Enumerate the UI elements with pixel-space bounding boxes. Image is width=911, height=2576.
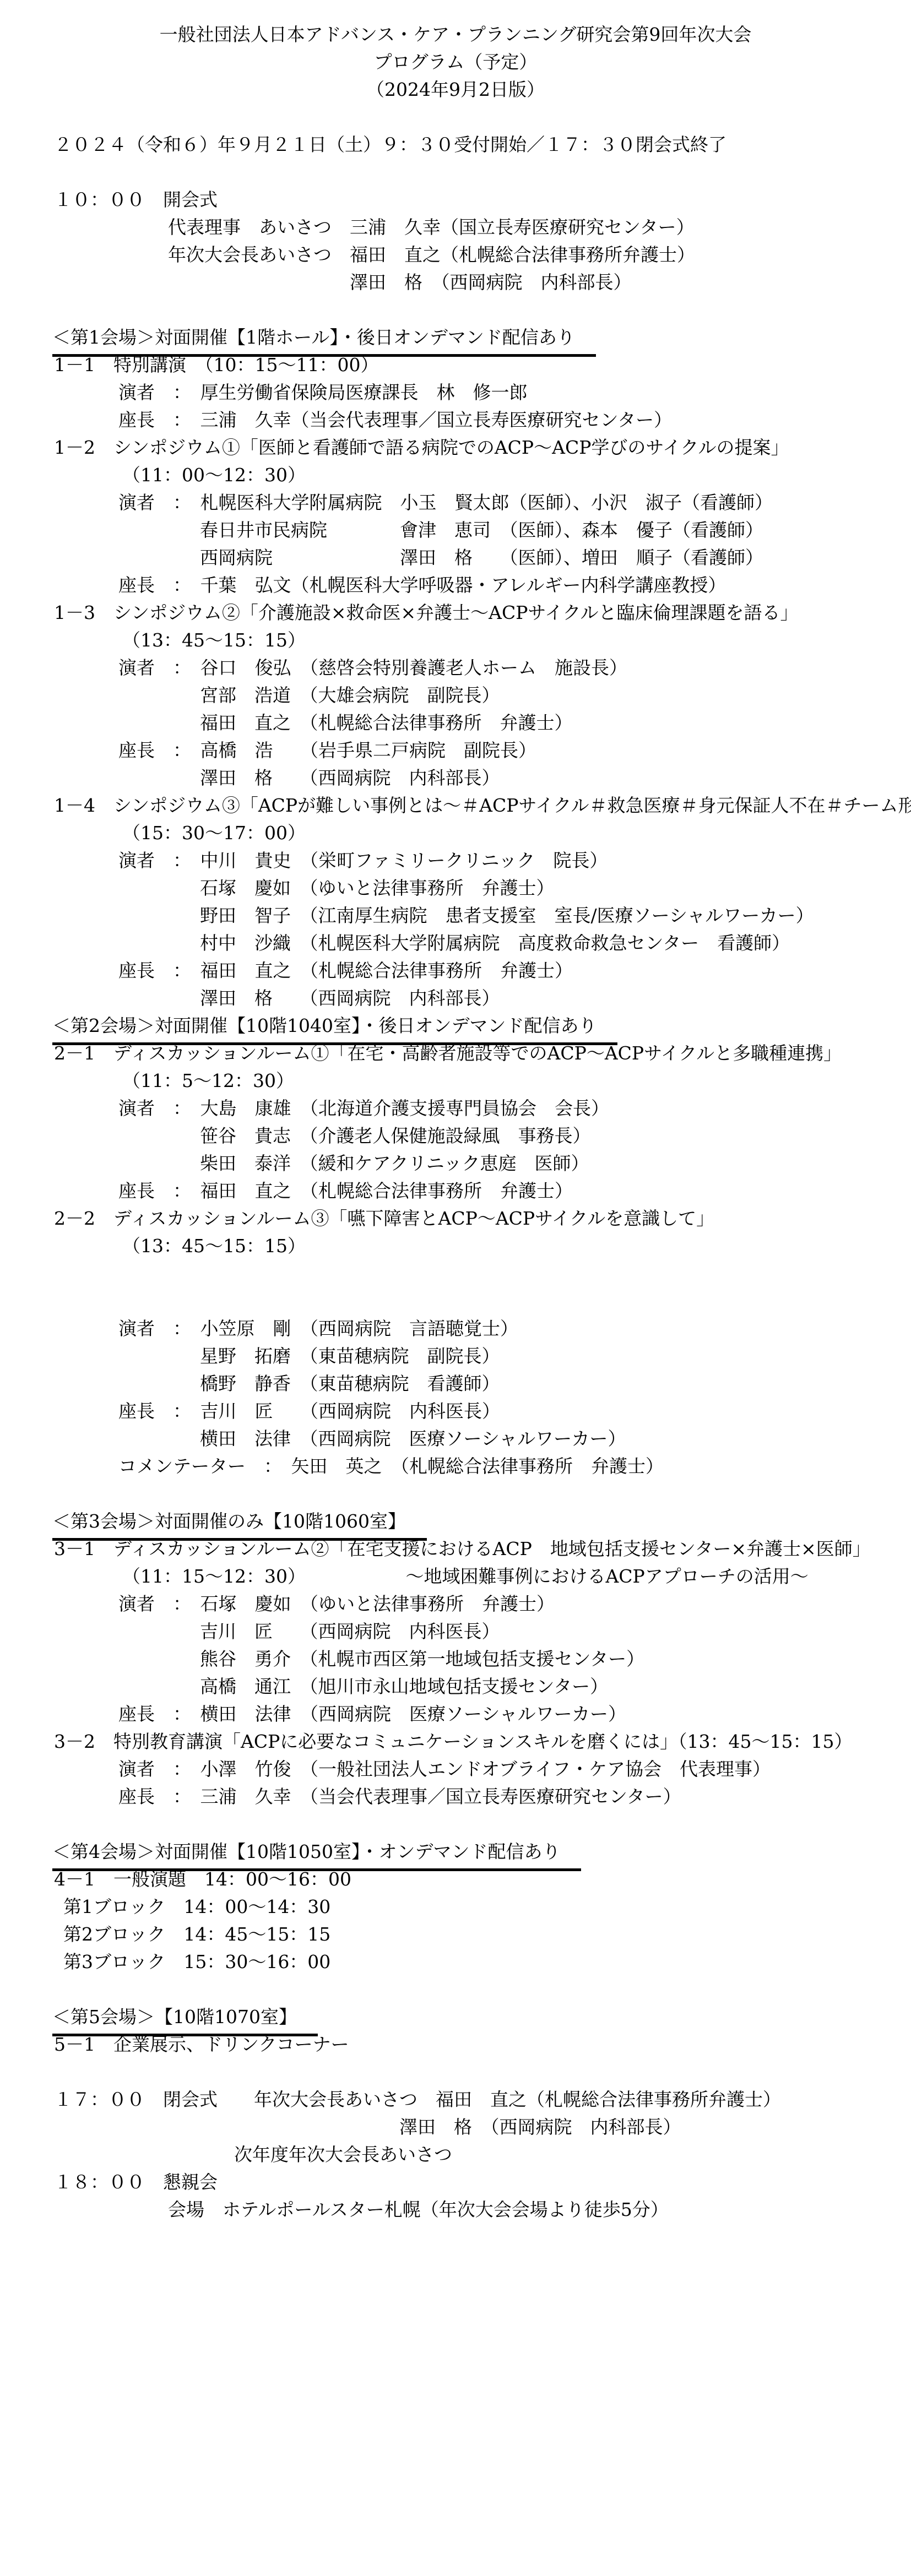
session-4-1-block-3: 第3ブロック 15：30～16：00 [63,1948,911,1976]
session-1-3-chair-row-2: 澤田 格 （西岡病院 内科部長） [200,764,911,792]
session-2-1-title: 2－1 ディスカッションルーム①「在宅・高齢者施設等でのACP～ACPサイクルと… [54,1040,911,1067]
session-2-1-speaker-row-3: 柴田 泰洋 （緩和ケアクリニック恵庭 医師） [200,1150,911,1177]
session-1-4-speaker-row-3: 野田 智子 （江南厚生病院 患者支援室 室長/医療ソーシャルワーカー） [200,902,911,930]
session-1-2-speaker-row-3: 西岡病院 澤田 格 （医師）、増田 順子（看護師） [200,544,911,572]
venue1-header: ＜第1会場＞対面開催【1階ホール】・後日オンデマンド配信あり [52,324,911,351]
session-1-2-chair-row: 座長 ： 千葉 弘文（札幌医科大学呼吸器・アレルギー内科学講座教授） [118,572,911,599]
session-2-2-chair-row-1: 座長 ： 吉川 匠 （西岡病院 内科医長） [118,1398,911,1425]
session-2-2-speaker-row-1: 演者 ： 小笠原 剛 （西岡病院 言語聴覚士） [118,1315,911,1343]
session-2-2-time: （13：45～15：15） [122,1232,911,1260]
session-3-1-speaker-row-2: 吉川 匠 （西岡病院 内科医長） [200,1618,911,1645]
greeting-conference-chair-2: 澤田 格 （西岡病院 内科部長） [350,269,911,296]
session-1-4-time: （15：30～17：00） [122,819,911,847]
session-1-4-speaker-row-1: 演者 ： 中川 貴史 （栄町ファミリークリニック 院長） [118,847,911,874]
doc-version: （2024年9月2日版） [0,76,911,104]
venue3-header: ＜第3会場＞対面開催のみ【10階1060室】 [52,1508,911,1535]
session-2-1-speaker-row-2: 笹谷 貴志 （介護老人保健施設緑風 事務長） [200,1122,911,1150]
venue2-header: ＜第2会場＞対面開催【10階1040室】・後日オンデマンド配信あり [52,1012,911,1040]
session-1-2-speaker-row-1: 演者 ： 札幌医科大学附属病院 小玉 賢太郎（医師）、小沢 淑子（看護師） [118,489,911,517]
session-5-1-title: 5－1 企業展示、ドリンクコーナー [54,2031,911,2058]
session-2-2-commentator-row: コメンテーター ： 矢田 英之 （札幌総合法律事務所 弁護士） [118,1453,911,1480]
session-2-1-time: （11：5～12：30） [122,1067,911,1095]
banquet-venue-line: 会場 ホテルポールスター札幌（年次大会会場より徒歩5分） [168,2196,911,2224]
session-3-1-speaker-row-1: 演者 ： 石塚 慶如 （ゆいと法律事務所 弁護士） [118,1590,911,1618]
venue4-header: ＜第4会場＞対面開催【10階1050室】・オンデマンド配信あり [52,1838,911,1866]
session-3-1-speaker-row-4: 高橋 通江 （旭川市永山地域包括支援センター） [200,1673,911,1700]
session-1-1-chair-row: 座長 ： 三浦 久幸（当会代表理事／国立長寿医療研究センター） [118,406,911,434]
doc-subtitle: プログラム（予定） [0,48,911,76]
session-3-2-speaker-row: 演者 ： 小澤 竹俊 （一般社団法人エンドオブライフ・ケア協会 代表理事） [118,1756,911,1783]
session-4-1-block-1: 第1ブロック 14：00～14：30 [63,1893,911,1921]
greeting-representative: 代表理事 あいさつ 三浦 久幸（国立長寿医療研究センター） [168,214,911,241]
session-3-1-chair-row: 座長 ： 横田 法律 （西岡病院 医療ソーシャルワーカー） [118,1700,911,1728]
venue5-header: ＜第5会場＞【10階1070室】 [52,2003,911,2031]
session-3-1-time: （11：15～12：30） ～地域困難事例におけるACPアプローチの活用～ [122,1563,911,1590]
session-1-3-chair-row-1: 座長 ： 高橋 浩 （岩手県二戸病院 副院長） [118,737,911,764]
session-1-4-title: 1－4 シンポジウム③「ACPが難しい事例とは～＃ACPサイクル＃救急医療＃身元… [54,792,911,819]
session-1-4-chair-row-2: 澤田 格 （西岡病院 内科部長） [200,985,911,1012]
session-1-4-speaker-row-4: 村中 沙織 （札幌医科大学附属病院 高度救命救急センター 看護師） [200,930,911,957]
session-1-4-chair-row-1: 座長 ： 福田 直之 （札幌総合法律事務所 弁護士） [118,957,911,985]
program-document: 一般社団法人日本アドバンス・ケア・プランニング研究会第9回年次大会 プログラム（… [0,0,911,2576]
closing-ceremony-line: １７：００ 閉会式 年次大会長あいさつ 福田 直之（札幌総合法律事務所弁護士） [54,2086,911,2113]
event-date-line: ２０２４（令和６）年９月２１日（土）９：３０受付開始／１７：３０閉会式終了 [54,131,911,159]
session-4-1-block-2: 第2ブロック 14：45～15：15 [63,1921,911,1948]
session-1-3-title: 1－3 シンポジウム②「介護施設×救命医×弁護士～ACPサイクルと臨床倫理課題を… [54,599,911,627]
session-2-2-title: 2－2 ディスカッションルーム③「嚥下障害とACP～ACPサイクルを意識して」 [54,1205,911,1232]
session-1-3-time: （13：45～15：15） [122,627,911,654]
session-3-1-speaker-row-3: 熊谷 勇介 （札幌市西区第一地域包括支援センター） [200,1645,911,1673]
doc-title: 一般社団法人日本アドバンス・ケア・プランニング研究会第9回年次大会 [0,21,911,48]
banquet-line: １８：００ 懇親会 [54,2169,911,2196]
closing-chair-2: 澤田 格 （西岡病院 内科部長） [399,2113,911,2141]
session-3-1-title: 3－1 ディスカッションルーム②「在宅支援におけるACP 地域包括支援センター×… [54,1535,911,1563]
session-2-1-chair-row: 座長 ： 福田 直之 （札幌総合法律事務所 弁護士） [118,1177,911,1205]
session-3-2-chair-row: 座長 ： 三浦 久幸 （当会代表理事／国立長寿医療研究センター） [118,1783,911,1811]
opening-ceremony-line: １０：００ 開会式 [54,186,911,214]
session-1-3-speaker-row-3: 福田 直之 （札幌総合法律事務所 弁護士） [200,709,911,737]
session-1-2-title: 1－2 シンポジウム①「医師と看護師で語る病院でのACP～ACP学びのサイクルの… [54,434,911,461]
session-1-2-speaker-row-2: 春日井市民病院 會津 恵司 （医師）、森本 優子（看護師） [200,517,911,544]
greeting-conference-chair: 年次大会長あいさつ 福田 直之（札幌総合法律事務所弁護士） [168,241,911,269]
closing-next-year-greeting: 次年度年次大会長あいさつ [234,2141,911,2169]
session-1-4-speaker-row-2: 石塚 慶如 （ゆいと法律事務所 弁護士） [200,874,911,902]
session-1-2-time: （11：00～12：30） [122,461,911,489]
session-2-2-chair-row-2: 横田 法律 （西岡病院 医療ソーシャルワーカー） [200,1425,911,1453]
session-1-3-speaker-row-1: 演者 ： 谷口 俊弘 （慈啓会特別養護老人ホーム 施設長） [118,654,911,682]
session-1-3-speaker-row-2: 宮部 浩道 （大雄会病院 副院長） [200,682,911,709]
session-3-2-title: 3－2 特別教育講演「ACPに必要なコミュニケーションスキルを磨くには」（13：… [54,1728,911,1756]
session-2-2-speaker-row-2: 星野 拓磨 （東苗穂病院 副院長） [200,1343,911,1370]
session-2-1-speaker-row-1: 演者 ： 大島 康雄 （北海道介護支援専門員協会 会長） [118,1095,911,1122]
session-1-1-speaker-row: 演者 ： 厚生労働省保険局医療課長 林 修一郎 [118,379,911,406]
session-2-2-speaker-row-3: 橋野 静香 （東苗穂病院 看護師） [200,1370,911,1398]
